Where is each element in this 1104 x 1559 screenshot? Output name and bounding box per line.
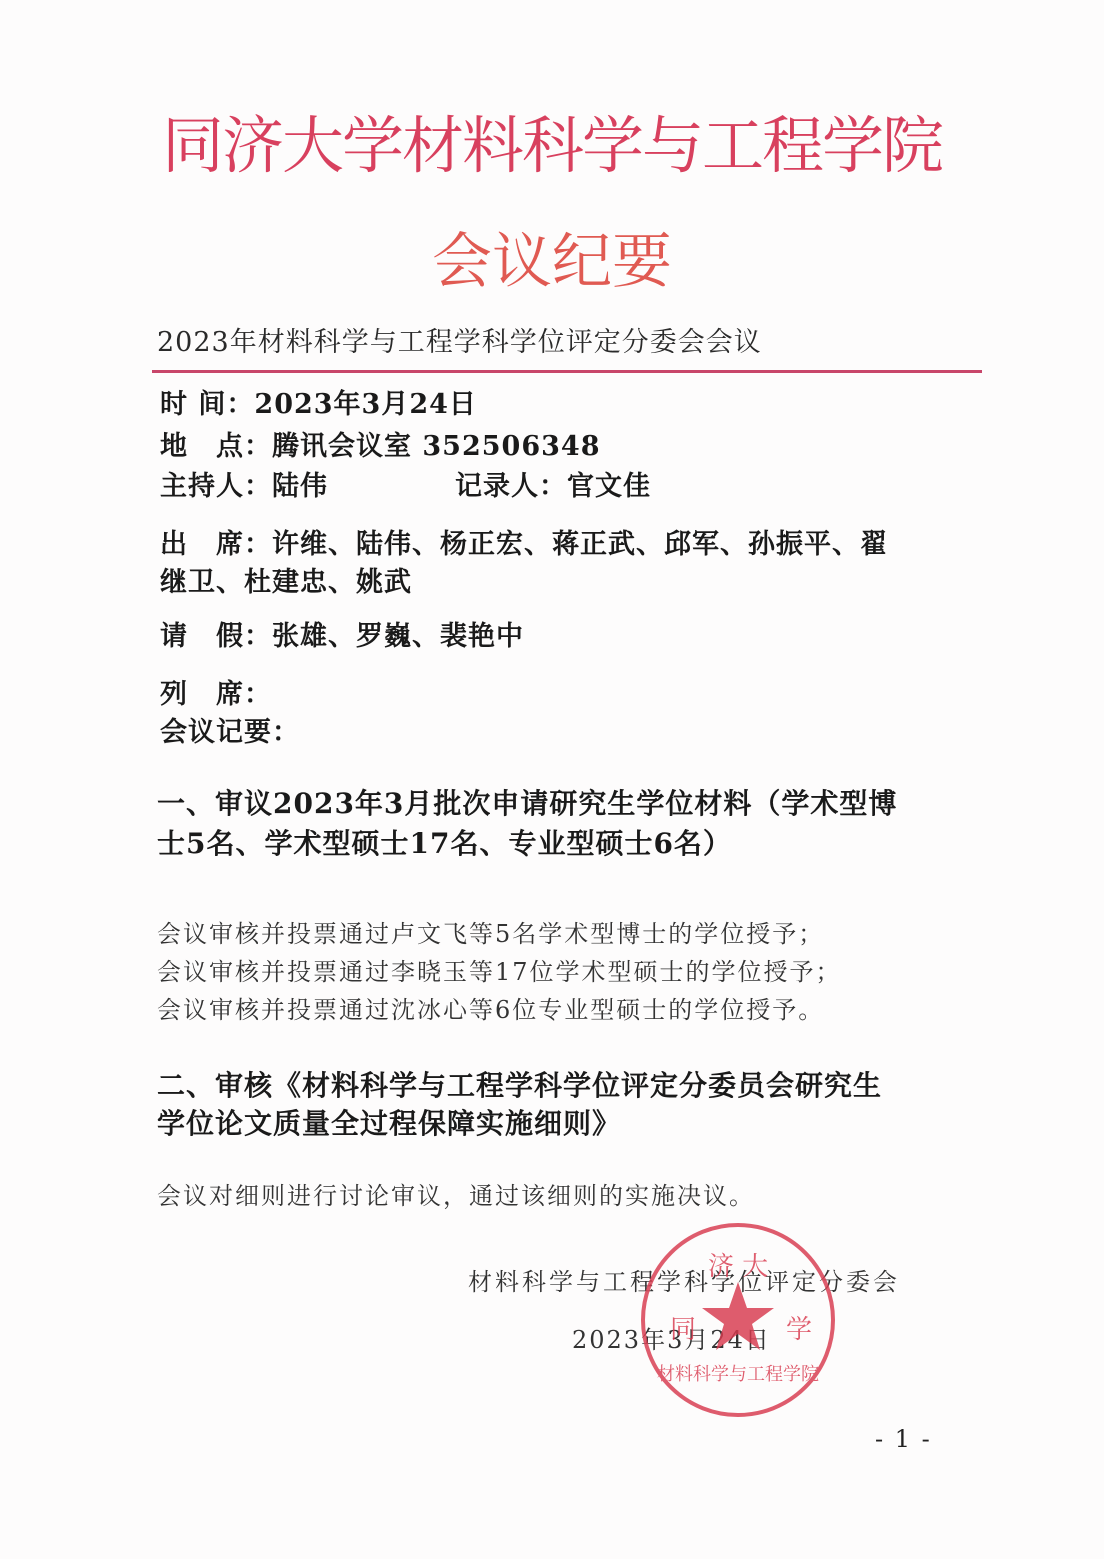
place-label: 地 点： bbox=[160, 431, 272, 462]
svg-text:同: 同 bbox=[670, 1315, 696, 1345]
attendees-continued: 继卫、杜建忠、姚武 bbox=[160, 560, 412, 599]
section-2-item: 会议对细则进行讨论审议，通过该细则的实施决议。 bbox=[157, 1176, 755, 1211]
recorder-value: 官文佳 bbox=[567, 471, 651, 502]
place-value: 腾讯会议室 352506348 bbox=[272, 431, 600, 462]
svg-text:材料科学与工程学院: 材料科学与工程学院 bbox=[657, 1364, 819, 1385]
host-value: 陆伟 bbox=[272, 471, 328, 502]
institution-title: 同济大学材料科学与工程学院 bbox=[0, 96, 1104, 185]
minutes-label: 会议记要： bbox=[160, 710, 300, 749]
meeting-host: 主持人：陆伟 bbox=[160, 464, 328, 503]
section-1-heading: 一、审议2023年3月批次申请研究生学位材料（学术型博 bbox=[157, 782, 897, 822]
attendees-line1: 许维、陆伟、杨正宏、蒋正武、邱军、孙振平、翟 bbox=[272, 529, 888, 560]
meeting-name: 2023年材料科学与工程学科学位评定分委会会议 bbox=[157, 320, 762, 359]
observers: 列 席： bbox=[160, 672, 272, 711]
red-divider-line bbox=[152, 370, 982, 373]
attendees: 出 席：许维、陆伟、杨正宏、蒋正武、邱军、孙振平、翟 bbox=[160, 522, 888, 561]
svg-text:学: 学 bbox=[786, 1315, 812, 1345]
leave-value: 张雄、罗巍、裴艳中 bbox=[272, 621, 524, 652]
recorder-label: 记录人： bbox=[455, 471, 567, 502]
section-1-item: 会议审核并投票通过沈冰心等6位专业型硕士的学位授予。 bbox=[157, 990, 824, 1025]
time-value: 2023年3月24日 bbox=[254, 389, 477, 420]
section-2-heading: 二、审核《材料科学与工程学科学位评定分委员会研究生 bbox=[157, 1064, 882, 1104]
section-2-heading-cont: 学位论文质量全过程保障实施细则》 bbox=[157, 1102, 621, 1142]
section-1-item: 会议审核并投票通过卢文飞等5名学术型博士的学位授予； bbox=[157, 914, 824, 949]
meeting-time: 时 间：2023年3月24日 bbox=[160, 382, 477, 421]
page-number: - 1 - bbox=[875, 1425, 932, 1453]
document-type-title: 会议纪要 bbox=[0, 214, 1104, 300]
meeting-recorder: 记录人：官文佳 bbox=[455, 464, 651, 503]
official-seal-icon: 济 大 同 学 材料科学与工程学院 bbox=[638, 1220, 838, 1420]
svg-text:济 大: 济 大 bbox=[708, 1252, 768, 1282]
meeting-place: 地 点：腾讯会议室 352506348 bbox=[160, 424, 600, 463]
on-leave: 请 假：张雄、罗巍、裴艳中 bbox=[160, 614, 524, 653]
host-label: 主持人： bbox=[160, 471, 272, 502]
time-label: 时 间： bbox=[160, 389, 254, 420]
leave-label: 请 假： bbox=[160, 621, 272, 652]
attendees-label: 出 席： bbox=[160, 529, 272, 560]
observers-label: 列 席： bbox=[160, 679, 272, 710]
section-1-item: 会议审核并投票通过李晓玉等17位学术型硕士的学位授予； bbox=[157, 952, 842, 987]
section-1-heading-cont: 士5名、学术型硕士17名、专业型硕士6名） bbox=[157, 822, 732, 862]
